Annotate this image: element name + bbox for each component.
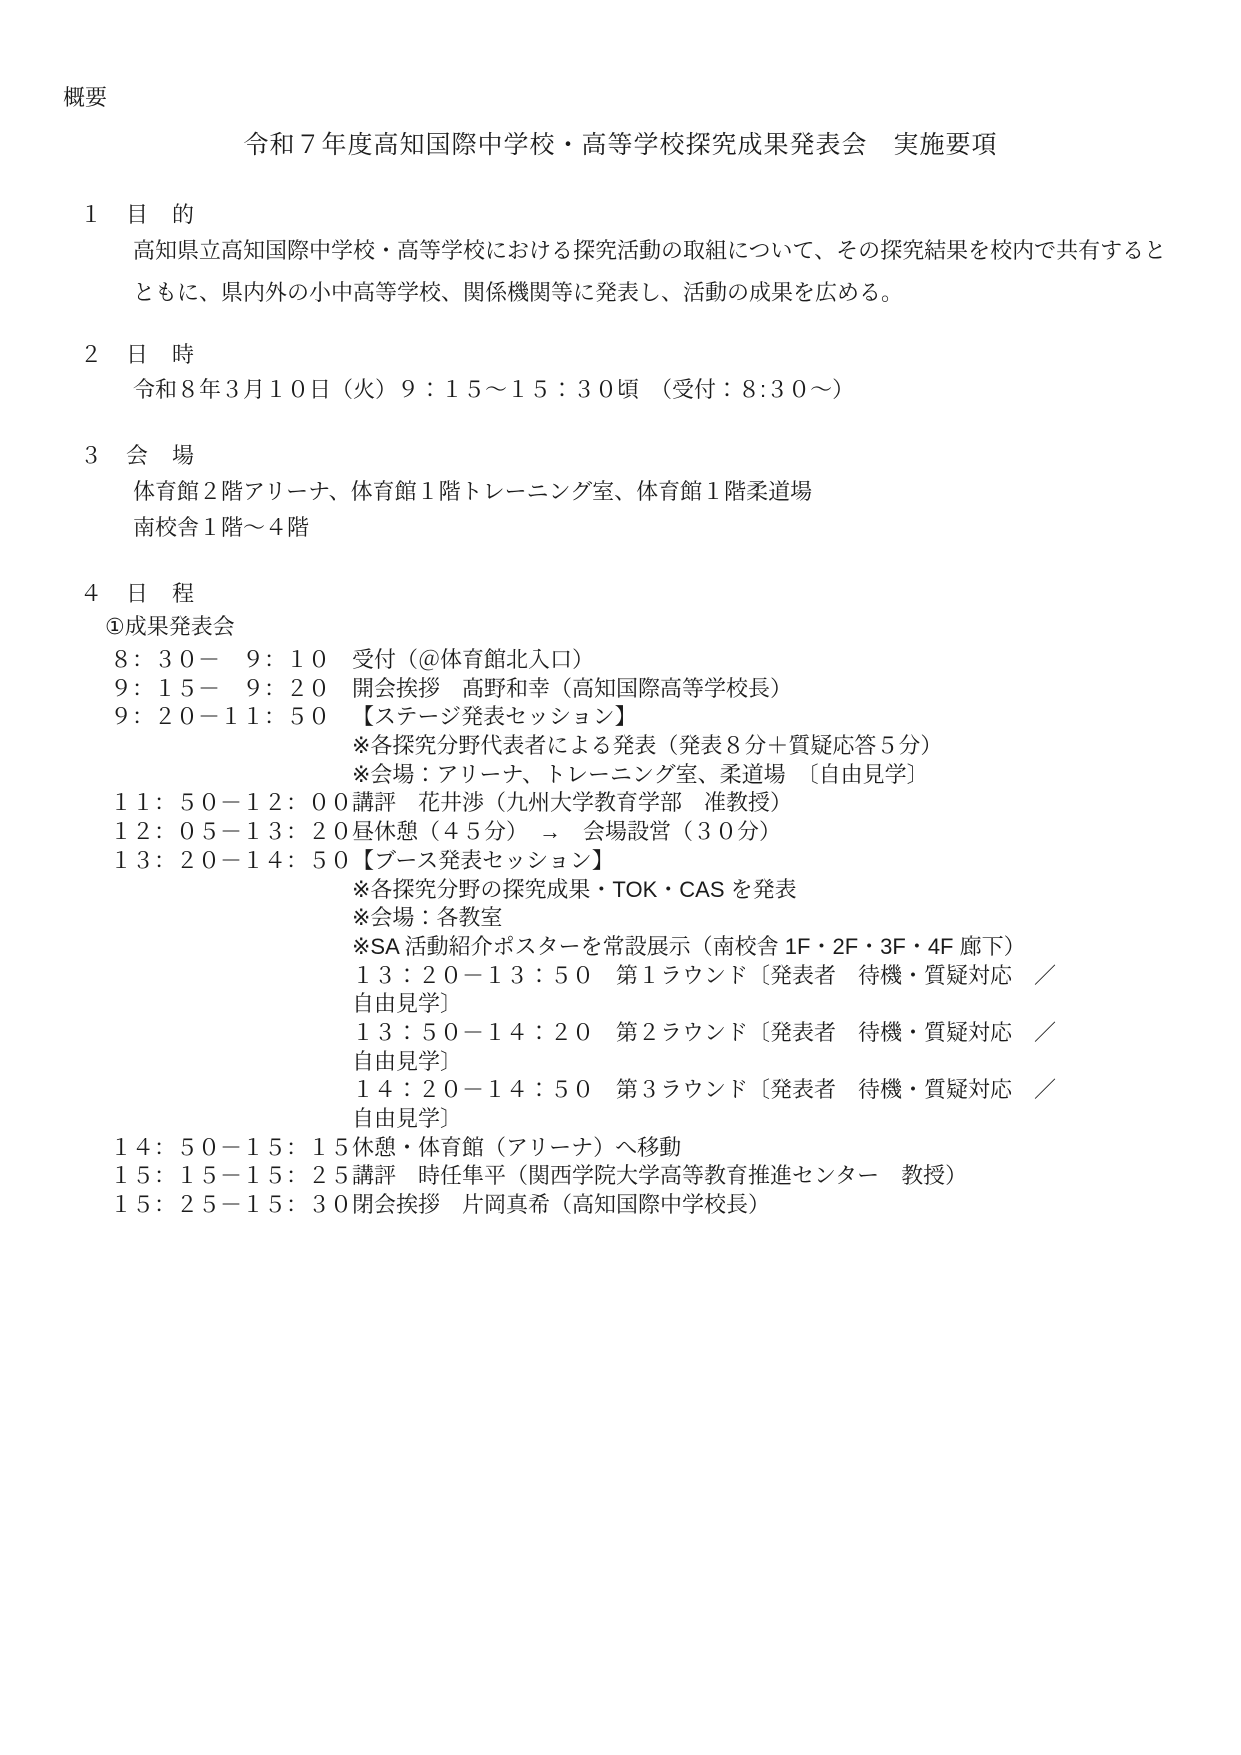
schedule-row-time: １２：０５－１３：２０ — [110, 818, 352, 847]
corner-label: 概要 — [63, 84, 107, 113]
schedule-row: １５：２５－１５：３０ 閉会挨拶 片岡真希（高知国際中学校長） — [110, 1191, 1201, 1220]
schedule-row: ※会場：アリーナ、トレーニング室、柔道場 〔自由見学〕 — [110, 761, 1201, 790]
schedule-row-time: １４：５０－１５：１５ — [110, 1134, 352, 1163]
schedule-row-time: １５：２５－１５：３０ — [110, 1191, 352, 1220]
schedule-row-desc: 休憩・体育館（アリーナ）へ移動 — [352, 1134, 1201, 1163]
schedule-row-desc: 【ステージ発表セッション】 — [352, 703, 1201, 732]
venue-text-line: 体育館２階アリーナ、体育館１階トレーニング室、体育館１階柔道場 — [133, 478, 812, 507]
venue-text-line: 南校舎１階～４階 — [133, 514, 309, 543]
schedule-row-time: １５：１５－１５：２５ — [110, 1162, 352, 1191]
schedule-row: 自由見学〕 — [110, 1048, 1201, 1077]
schedule-row-desc: １３：５０－１４：２０ 第２ラウンド〔発表者 待機・質疑対応 ／ — [352, 1019, 1201, 1048]
schedule-row: １４：５０－１５：１５ 休憩・体育館（アリーナ）へ移動 — [110, 1134, 1201, 1163]
schedule-row: ※SA 活動紹介ポスターを常設展示（南校舎 1F・2F・3F・4F 廊下） — [110, 933, 1201, 962]
document-title: 令和７年度高知国際中学校・高等学校探究成果発表会 実施要項 — [0, 129, 1241, 162]
datetime-text: 令和８年３月１０日（火）９：１５～１５：３０頃 （受付：８:３０～） — [133, 376, 854, 405]
schedule-row-desc: 自由見学〕 — [352, 1105, 1201, 1134]
schedule-row: 自由見学〕 — [110, 1105, 1201, 1134]
schedule-row-desc: 【ブース発表セッション】 — [352, 847, 1201, 876]
schedule-row: １３：２０－１３：５０ 第１ラウンド〔発表者 待機・質疑対応 ／ — [110, 962, 1201, 991]
schedule-row: １４：２０－１４：５０ 第３ラウンド〔発表者 待機・質疑対応 ／ — [110, 1076, 1201, 1105]
schedule-row: ８：３０－ ９：１０ 受付（＠体育館北入口） — [110, 646, 1201, 675]
schedule-row-time: ８：３０－ ９：１０ — [110, 646, 352, 675]
schedule-row-desc: 昼休憩（４５分） → 会場設営（３０分） — [352, 818, 1201, 847]
schedule-row-desc: 閉会挨拶 片岡真希（高知国際中学校長） — [352, 1191, 1201, 1220]
schedule-row: ※各探究分野の探究成果・TOK・CAS を発表 — [110, 876, 1201, 905]
schedule-row: １５：１５－１５：２５ 講評 時任隼平（関西学院大学高等教育推進センター 教授） — [110, 1162, 1201, 1191]
schedule-row: ９：２０－１１：５０ 【ステージ発表セッション】 — [110, 703, 1201, 732]
schedule-row-desc: 自由見学〕 — [352, 990, 1201, 1019]
schedule-row-desc: 受付（＠体育館北入口） — [352, 646, 1201, 675]
section-heading-purpose: １ 目 的 — [80, 201, 195, 230]
schedule-row-desc: ※各探究分野代表者による発表（発表８分＋質疑応答５分） — [352, 732, 1201, 761]
purpose-text-line: ともに、県内外の小中高等学校、関係機関等に発表し、活動の成果を広める。 — [133, 279, 903, 308]
section-heading-schedule: ４ 日 程 — [80, 580, 195, 609]
schedule-row-desc: 自由見学〕 — [352, 1048, 1201, 1077]
schedule-row: １２：０５－１３：２０ 昼休憩（４５分） → 会場設営（３０分） — [110, 818, 1201, 847]
section-heading-datetime: ２ 日 時 — [80, 341, 195, 370]
schedule-row: ※会場：各教室 — [110, 904, 1201, 933]
schedule-row-desc: 講評 花井渉（九州大学教育学部 准教授） — [352, 789, 1201, 818]
schedule-row: １３：２０－１４：５０ 【ブース発表セッション】 — [110, 847, 1201, 876]
schedule-row: ※各探究分野代表者による発表（発表８分＋質疑応答５分） — [110, 732, 1201, 761]
schedule-row-time: ９：２０－１１：５０ — [110, 703, 352, 732]
schedule-row-time: ９：１５－ ９：２０ — [110, 675, 352, 704]
schedule-row-desc: 開会挨拶 髙野和幸（高知国際高等学校長） — [352, 675, 1201, 704]
schedule-row-time: １３：２０－１４：５０ — [110, 847, 352, 876]
section-heading-venue: ３ 会 場 — [80, 442, 195, 471]
schedule-row-desc: ※会場：アリーナ、トレーニング室、柔道場 〔自由見学〕 — [352, 761, 1201, 790]
schedule-row-desc: ※各探究分野の探究成果・TOK・CAS を発表 — [352, 876, 1201, 905]
schedule-subheading: ①成果発表会 — [105, 613, 235, 642]
schedule-row-desc: 講評 時任隼平（関西学院大学高等教育推進センター 教授） — [352, 1162, 1201, 1191]
schedule-row: １１：５０－１２：００ 講評 花井渉（九州大学教育学部 准教授） — [110, 789, 1201, 818]
schedule-row-desc: １４：２０－１４：５０ 第３ラウンド〔発表者 待機・質疑対応 ／ — [352, 1076, 1201, 1105]
schedule-row-time: １１：５０－１２：００ — [110, 789, 352, 818]
schedule-table: ８：３０－ ９：１０ 受付（＠体育館北入口） ９：１５－ ９：２０ 開会挨拶 髙… — [110, 646, 1201, 1220]
schedule-row-desc: ※会場：各教室 — [352, 904, 1201, 933]
schedule-row: １３：５０－１４：２０ 第２ラウンド〔発表者 待機・質疑対応 ／ — [110, 1019, 1201, 1048]
purpose-text-line: 高知県立高知国際中学校・高等学校における探究活動の取組について、その探究結果を校… — [133, 237, 1166, 266]
schedule-row: 自由見学〕 — [110, 990, 1201, 1019]
schedule-row-desc: １３：２０－１３：５０ 第１ラウンド〔発表者 待機・質疑対応 ／ — [352, 962, 1201, 991]
document-page: 概要 令和７年度高知国際中学校・高等学校探究成果発表会 実施要項 １ 目 的 高… — [0, 0, 1241, 1755]
schedule-row: ９：１５－ ９：２０ 開会挨拶 髙野和幸（高知国際高等学校長） — [110, 675, 1201, 704]
schedule-row-desc: ※SA 活動紹介ポスターを常設展示（南校舎 1F・2F・3F・4F 廊下） — [352, 933, 1201, 962]
